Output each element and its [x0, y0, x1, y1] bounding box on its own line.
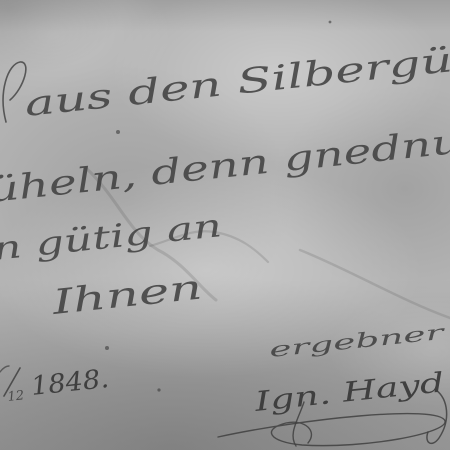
handwriting-layer: aus den Silbergü üheln, denn gnednu n gü…	[0, 0, 450, 450]
handwriting-line-1: aus den Silbergü	[23, 40, 450, 125]
ink-speck	[157, 388, 160, 391]
signature-flourish	[218, 414, 445, 446]
ink-speck	[105, 346, 109, 350]
valediction-text: ergebner	[268, 320, 447, 362]
date-year: 1848.	[30, 364, 111, 402]
handwriting-line-2: üheln, denn gnednu	[0, 122, 450, 211]
manuscript-photo: aus den Silbergü üheln, denn gnednu n gü…	[0, 0, 450, 450]
handwriting-line-3: n gütig an	[0, 206, 224, 268]
ink-speck	[329, 21, 332, 24]
stain-tide-line-right	[300, 250, 450, 318]
date-fraction-denominator: 12	[7, 388, 25, 405]
handwriting-line-4: Ihnen	[49, 267, 204, 323]
ink-speck	[116, 130, 120, 134]
signature-text: Ign. Hayd	[252, 367, 446, 418]
cropped-letter-stroke-left	[3, 62, 26, 122]
date-fraction-numerator-cropped	[0, 366, 9, 372]
